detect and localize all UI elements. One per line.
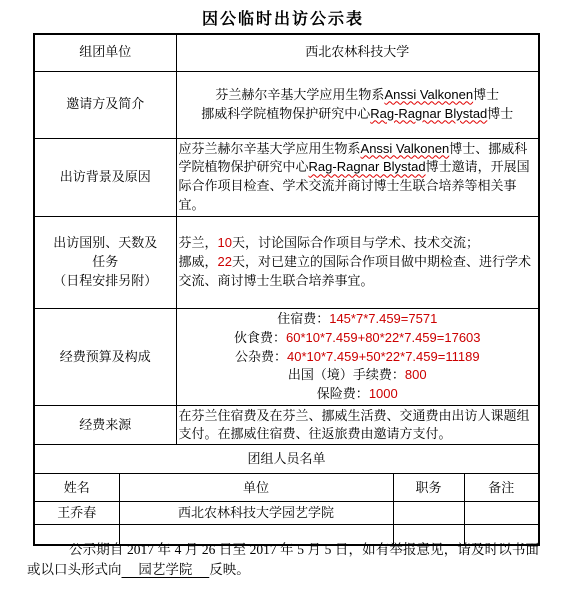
inviter-line1: 芬兰赫尔辛基大学应用生物系Anssi Valkonen博士 bbox=[180, 86, 536, 105]
itinerary-line1: 芬兰，10天，讨论国际合作项目与学术、技术交流； bbox=[179, 234, 537, 253]
row-budget: 经费预算及构成 住宿费：145*7*7.459=7571 伙食费：60*10*7… bbox=[34, 308, 539, 405]
funding-source-value: 在芬兰住宿费及在芬兰、挪威生活费、交通费由出访人课题组支付。在挪威住宿费、往返旅… bbox=[176, 406, 539, 445]
members-header-unit: 单位 bbox=[119, 474, 393, 502]
organizer-value: 西北农林科技大学 bbox=[176, 34, 539, 71]
member-note bbox=[464, 502, 539, 525]
row-itinerary: 出访国别、天数及 任务 （日程安排另附） 芬兰，10天，讨论国际合作项目与学术、… bbox=[34, 216, 539, 308]
budget-item-procedure-fee: 出国（境）手续费：800 bbox=[180, 366, 536, 385]
budget-item-meals-formula: 60*10*7.459+80*22*7.459=17603 bbox=[286, 330, 480, 345]
budget-item-insurance: 保险费：1000 bbox=[180, 385, 536, 404]
itinerary-line1-days: 10 bbox=[218, 235, 232, 250]
row-organizer: 组团单位 西北农林科技大学 bbox=[34, 34, 539, 71]
footer-underlined-department: 园艺学院 bbox=[122, 562, 210, 577]
inviter-line1-suffix: 博士 bbox=[473, 87, 499, 102]
budget-item-procedure-fee-name: 出国（境）手续费： bbox=[288, 367, 405, 382]
itinerary-line2-country: 挪威， bbox=[179, 254, 218, 269]
publicity-period-note: 公示期自 2017 年 4 月 26 日至 2017 年 5 月 5 日，如有举… bbox=[27, 540, 539, 580]
budget-item-misc: 公杂费：40*10*7.459+50*22*7.459=11189 bbox=[180, 348, 536, 367]
budget-item-lodging-formula: 145*7*7.459=7571 bbox=[329, 311, 437, 326]
row-members-header: 姓名 单位 职务 备注 bbox=[34, 474, 539, 502]
budget-item-insurance-name: 保险费： bbox=[317, 386, 369, 401]
budget-item-misc-formula: 40*10*7.459+50*22*7.459=11189 bbox=[287, 349, 480, 364]
row-inviter: 邀请方及简介 芬兰赫尔辛基大学应用生物系Anssi Valkonen博士 挪威科… bbox=[34, 71, 539, 138]
member-row: 王乔春 西北农林科技大学园艺学院 bbox=[34, 502, 539, 525]
footer-text-main: 公示期自 2017 年 4 月 26 日至 2017 年 5 月 5 日，如有举… bbox=[27, 542, 539, 577]
itinerary-label-line2: 任务 bbox=[38, 253, 173, 272]
itinerary-value: 芬兰，10天，讨论国际合作项目与学术、技术交流； 挪威，22天，对已建立的国际合… bbox=[176, 216, 539, 308]
inviter-line2-person-name: Rag-Ragnar Blystad bbox=[370, 106, 487, 121]
visit-notice-table: 组团单位 西北农林科技大学 邀请方及简介 芬兰赫尔辛基大学应用生物系Anssi … bbox=[33, 33, 540, 546]
inviter-line2: 挪威科学院植物保护研究中心Rag-Ragnar Blystad博士 bbox=[180, 105, 536, 124]
budget-item-meals: 伙食费：60*10*7.459+80*22*7.459=17603 bbox=[180, 329, 536, 348]
budget-item-insurance-formula: 1000 bbox=[369, 386, 398, 401]
budget-item-lodging-name: 住宿费： bbox=[277, 311, 329, 326]
footer-text-end: 反映。 bbox=[209, 562, 250, 577]
background-label: 出访背景及原因 bbox=[34, 138, 176, 216]
background-person-name-2: Rag-Ragnar Blystad bbox=[309, 159, 426, 174]
member-position bbox=[393, 502, 464, 525]
budget-item-meals-name: 伙食费： bbox=[234, 330, 286, 345]
members-title: 团组人员名单 bbox=[34, 445, 539, 474]
itinerary-line2: 挪威，22天，对已建立的国际合作项目做中期检查、进行学术交流、商讨博士生联合培养… bbox=[179, 253, 537, 291]
organizer-label: 组团单位 bbox=[34, 34, 176, 71]
members-header-position: 职务 bbox=[393, 474, 464, 502]
background-seg1: 应芬兰赫尔辛基大学应用生物系 bbox=[179, 141, 361, 156]
budget-item-procedure-fee-formula: 800 bbox=[405, 367, 427, 382]
background-person-name-1: Anssi Valkonen bbox=[361, 141, 450, 156]
budget-value: 住宿费：145*7*7.459=7571 伙食费：60*10*7.459+80*… bbox=[176, 308, 539, 405]
document-title: 因公临时出访公示表 bbox=[0, 6, 566, 29]
row-members-title: 团组人员名单 bbox=[34, 445, 539, 474]
budget-item-misc-name: 公杂费： bbox=[235, 349, 287, 364]
itinerary-label-line3: （日程安排另附） bbox=[38, 272, 173, 291]
inviter-line2-suffix: 博士 bbox=[487, 106, 513, 121]
inviter-value: 芬兰赫尔辛基大学应用生物系Anssi Valkonen博士 挪威科学院植物保护研… bbox=[176, 71, 539, 138]
row-funding-source: 经费来源 在芬兰住宿费及在芬兰、挪威生活费、交通费由出访人课题组支付。在挪威住宿… bbox=[34, 406, 539, 445]
member-name: 王乔春 bbox=[34, 502, 119, 525]
inviter-line1-person-name: Anssi Valkonen bbox=[384, 87, 473, 102]
members-header-note: 备注 bbox=[464, 474, 539, 502]
budget-label: 经费预算及构成 bbox=[34, 308, 176, 405]
inviter-label: 邀请方及简介 bbox=[34, 71, 176, 138]
itinerary-line2-days: 22 bbox=[218, 254, 232, 269]
inviter-line2-prefix: 挪威科学院植物保护研究中心 bbox=[201, 106, 370, 121]
itinerary-line1-task: 天，讨论国际合作项目与学术、技术交流； bbox=[232, 235, 479, 250]
member-unit: 西北农林科技大学园艺学院 bbox=[119, 502, 393, 525]
itinerary-line2-task: 天，对已建立的国际合作项目做中期检查、进行学术交流、商讨博士生联合培养事宜。 bbox=[179, 254, 532, 288]
itinerary-line1-country: 芬兰， bbox=[179, 235, 218, 250]
funding-source-label: 经费来源 bbox=[34, 406, 176, 445]
itinerary-label: 出访国别、天数及 任务 （日程安排另附） bbox=[34, 216, 176, 308]
itinerary-label-line1: 出访国别、天数及 bbox=[38, 234, 173, 253]
budget-item-lodging: 住宿费：145*7*7.459=7571 bbox=[180, 310, 536, 329]
members-header-name: 姓名 bbox=[34, 474, 119, 502]
row-background: 出访背景及原因 应芬兰赫尔辛基大学应用生物系Anssi Valkonen博士、挪… bbox=[34, 138, 539, 216]
document-page: 因公临时出访公示表 组团单位 西北农林科技大学 邀请方及简介 芬兰赫尔辛基大学应… bbox=[0, 0, 566, 596]
background-value: 应芬兰赫尔辛基大学应用生物系Anssi Valkonen博士、挪威科学院植物保护… bbox=[176, 138, 539, 216]
inviter-line1-prefix: 芬兰赫尔辛基大学应用生物系 bbox=[215, 87, 384, 102]
